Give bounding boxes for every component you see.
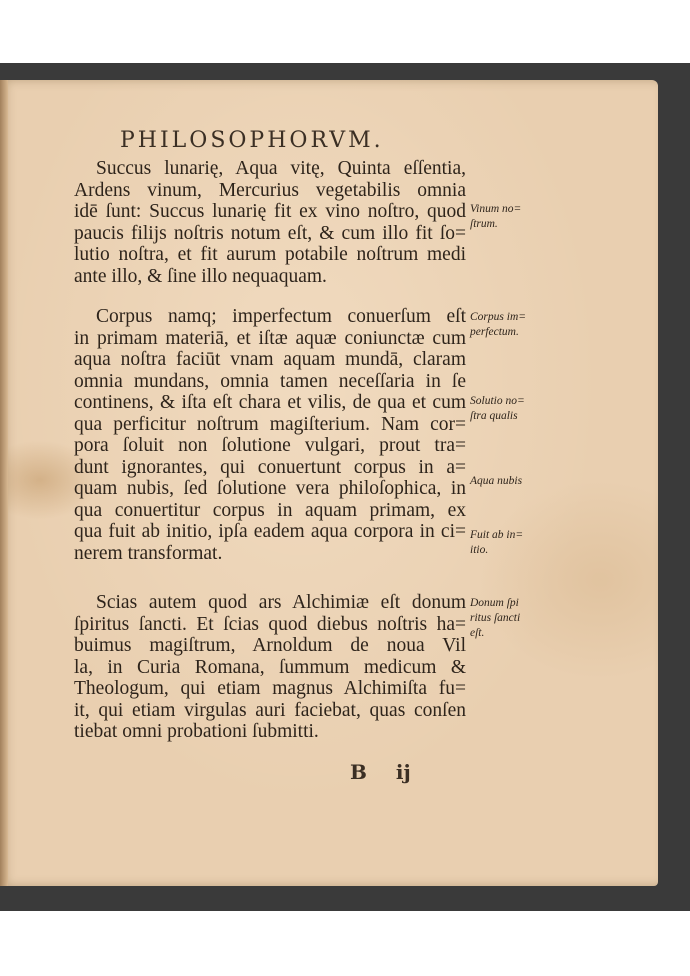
text-line: ante illo, & ſine illo nequaquam. [74,266,466,288]
text-line: in primam materiā, et iſtæ aquæ coniunct… [74,328,466,350]
marginal-note-fuit-ab-initio: Fuit ab in= itio. [470,528,570,558]
text-line: omnia mundans, omnia tamen neceſſaria in… [74,371,466,393]
text-line: Ardens vinum, Mercurius vegetabilis omni… [74,180,466,202]
text-line: tiebat omni probationi ſubmitti. [74,721,466,743]
text-line: la, in Curia Romana, ſummum medicum & [74,657,466,679]
text-line: ſpiritus ſancti. Et ſcias quod diebus no… [74,614,466,636]
note-line: Corpus im= [470,310,570,325]
text-line: aqua noſtra faciūt vnam aquam mundā, cla… [74,349,466,371]
text-line: qua fuit ab initio, ipſa eadem aqua corp… [74,521,466,543]
text-line: Succus lunarię, Aqua vitę, Quinta eſſent… [74,158,466,180]
text-line: Corpus namq; imperfectum conuerſum eſt [74,306,466,328]
running-head: PHILOSOPHORVM. [120,128,384,153]
paragraph-2: Corpus namq; imperfectum conuerſum eſt i… [74,306,466,564]
text-line: buimus magiſtrum, Arnoldum de noua Vil [74,635,466,657]
note-line: Solutio no= [470,394,570,409]
page-gutter-edge [0,80,8,886]
text-line: Theologum, qui etiam magnus Alchimiſta f… [74,678,466,700]
marginal-note-solutio-nostra: Solutio no= ſtra qualis [470,394,570,424]
text-line: qua perficitur noſtrum magiſterium. Nam … [74,414,466,436]
text-line: quam nubis, ſed ſolutione vera philoſoph… [74,478,466,500]
text-line: paucis filijs noſtris notum eſt, & cum i… [74,223,466,245]
paragraph-1: Succus lunarię, Aqua vitę, Quinta eſſent… [74,158,466,287]
text-line: dunt ignorantes, qui conuertunt corpus i… [74,457,466,479]
text-line: continens, & iſta eſt chara et vilis, de… [74,392,466,414]
note-line: Aqua nubis [470,474,570,489]
note-line: Donum ſpi [470,596,570,611]
paragraph-3: Scias autem quod ars Alchimiæ eſt donum … [74,592,466,743]
note-line: Vinum no= [470,202,570,217]
text-line: lutio noſtra, et fit aurum potabile noſt… [74,244,466,266]
marginal-note-vinum-nostrum: Vinum no= ſtrum. [470,202,570,232]
note-line: ſtrum. [470,217,570,232]
signature-mark: B ij [350,760,411,784]
text-line: idē ſunt: Succus lunarię fit ex vino noſ… [74,201,466,223]
text-line: Scias autem quod ars Alchimiæ eſt donum [74,592,466,614]
note-line: perfectum. [470,325,570,340]
text-line: pora ſoluit non ſolutione vulgari, prout… [74,435,466,457]
note-line: Fuit ab in= [470,528,570,543]
note-line: eſt. [470,626,570,641]
text-line: qua conuertitur corpus in aquam primam, … [74,500,466,522]
text-line: it, qui etiam virgulas auri faciebat, qu… [74,700,466,722]
marginal-note-corpus-imperfectum: Corpus im= perfectum. [470,310,570,340]
note-line: itio. [470,543,570,558]
note-line: ſtra qualis [470,409,570,424]
marginal-note-donum-spiritus: Donum ſpi ritus ſancti eſt. [470,596,570,641]
marginal-note-aqua-nubis: Aqua nubis [470,474,570,489]
note-line: ritus ſancti [470,611,570,626]
text-line: nerem transformat. [74,543,466,565]
